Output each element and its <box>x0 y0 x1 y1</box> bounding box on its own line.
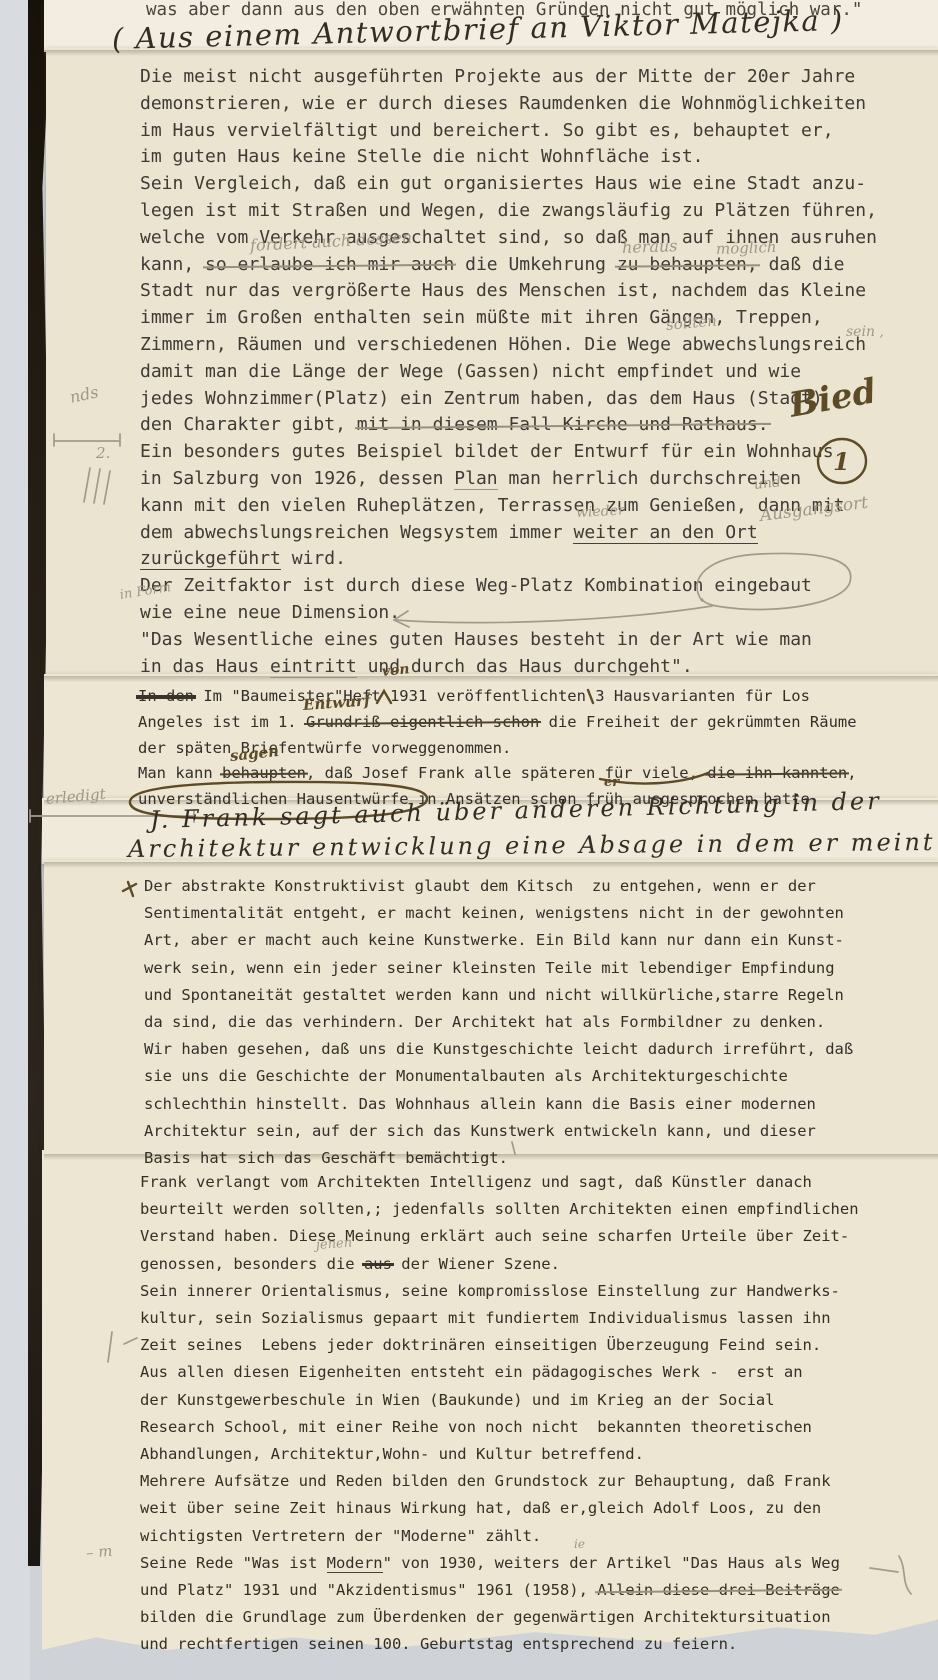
typed-text: jedes Wohnzimmer(Platz) ein Zentrum habe… <box>140 388 823 409</box>
typed-line: Zeit seines Lebens jeder doktrinären ein… <box>140 1336 821 1355</box>
paper-seam <box>44 862 938 868</box>
typed-text: der späten Briefentwürfe vorweggenommen. <box>138 739 511 757</box>
typed-text-struck: Allein diese drei Beiträge <box>597 1581 840 1599</box>
typed-text: Stadt nur das vergrößerte Haus des Mensc… <box>140 280 866 301</box>
typed-text-underlined: eintritt <box>270 656 357 678</box>
note-moeglich: möglich <box>716 238 777 258</box>
typed-line: In den Im "Baumeister"Heft 1931 veröffen… <box>138 687 810 706</box>
typed-line: Verstand haben. Diese Meinung erklärt au… <box>140 1227 849 1246</box>
typed-text: der Kunstgewerbeschule in Wien (Baukunde… <box>140 1391 775 1409</box>
note-und: und <box>753 474 782 493</box>
typed-text: Ein besonders gutes Beispiel bildet der … <box>140 441 834 462</box>
typed-text: Im "Baumeister"Heft 1931 veröffentlichte… <box>194 687 810 705</box>
typed-line: beurteilt werden sollten,; jedenfalls so… <box>140 1200 859 1219</box>
typed-text: Architektur sein, auf der sich das Kunst… <box>144 1122 816 1140</box>
typed-text: Sein Vergleich, daß ein gut organisierte… <box>140 173 866 194</box>
typed-text: Mehrere Aufsätze und Reden bilden den Gr… <box>140 1472 831 1490</box>
typed-line: Sein Vergleich, daß ein gut organisierte… <box>140 173 866 196</box>
typed-text-struck: In den <box>138 687 194 705</box>
typed-line: wichtigsten Vertretern der "Moderne" zäh… <box>140 1527 541 1546</box>
typed-line: der Kunstgewerbeschule in Wien (Baukunde… <box>140 1391 775 1410</box>
typed-line: Sentimentalität entgeht, er macht keinen… <box>144 904 844 923</box>
typed-text: im guten Haus keine Stelle die nicht Woh… <box>140 146 704 167</box>
typed-line: Abhandlungen, Architektur,Wohn- und Kult… <box>140 1445 644 1464</box>
typed-line: Architektur sein, auf der sich das Kunst… <box>144 1122 816 1141</box>
typed-line: Zimmern, Räumen und verschiedenen Höhen.… <box>140 334 866 357</box>
typed-text: und rechtfertigen seinen 100. Geburtstag… <box>140 1635 737 1653</box>
typed-line: im Haus vervielfältigt und bereichert. S… <box>140 120 834 143</box>
typed-line: weit über seine Zeit hinaus Wirkung hat,… <box>140 1499 821 1518</box>
typed-line: in das Haus eintritt und durch das Haus … <box>140 656 693 679</box>
typed-line: immer im Großen enthalten sein müßte mit… <box>140 307 823 330</box>
typed-text: Sein innerer Orientalismus, seine kompro… <box>140 1282 840 1300</box>
note-ie: ie <box>574 1537 585 1551</box>
typed-text: Research School, mit einer Reihe von noc… <box>140 1418 812 1436</box>
typed-line: damit man die Länge der Wege (Gassen) ni… <box>140 361 801 384</box>
typed-text: Abhandlungen, Architektur,Wohn- und Kult… <box>140 1445 644 1463</box>
note-circled-1: 1 <box>833 447 850 476</box>
typed-text: im Haus vervielfältigt und bereichert. S… <box>140 120 834 141</box>
typed-line: Research School, mit einer Reihe von noc… <box>140 1418 812 1437</box>
typed-text: in Salzburg von 1926, dessen <box>140 468 454 489</box>
typed-text: legen ist mit Straßen und Wegen, die zwa… <box>140 200 877 221</box>
typed-text: den Charakter gibt, <box>140 414 357 435</box>
typed-text: , daß Josef Frank alle späteren für viel… <box>306 764 707 782</box>
typed-text: bilden die Grundlage zum Überdenken der … <box>140 1608 831 1626</box>
typed-text-underlined: zurückgeführt <box>140 548 281 570</box>
typed-line: da sind, die das verhindern. Der Archite… <box>144 1013 825 1032</box>
typed-text: die Umkehrung <box>454 254 617 275</box>
typed-text: Verstand haben. Diese Meinung erklärt au… <box>140 1227 849 1245</box>
typed-text: wichtigsten Vertretern der "Moderne" zäh… <box>140 1527 541 1545</box>
typed-line: Frank verlangt vom Architekten Intellige… <box>140 1173 812 1192</box>
typed-line: Seine Rede "Was ist Modern" von 1930, we… <box>140 1554 840 1573</box>
note-sein: sein , <box>846 324 884 340</box>
typed-line: kann mit den vielen Ruheplätzen, Terrass… <box>140 495 844 518</box>
typed-text: werk sein, wenn ein jeder seiner kleinst… <box>144 959 835 977</box>
typed-text-struck: mit in diesem Fall Kirche und Rathaus. <box>357 414 769 435</box>
typed-text: Seine Rede "Was ist <box>140 1554 327 1572</box>
note-margin-2: 2. <box>96 444 110 462</box>
typed-line: bilden die Grundlage zum Überdenken der … <box>140 1608 831 1627</box>
typed-text: Der abstrakte Konstruktivist glaubt dem … <box>144 877 816 895</box>
typed-text: Basis hat sich das Geschäft bemächtigt. <box>144 1149 508 1167</box>
typed-text: immer im Großen enthalten sein müßte mit… <box>140 307 823 328</box>
typed-line: Der Zeitfaktor ist durch diese Weg-Platz… <box>140 575 812 598</box>
note-wieder: wieder <box>576 502 625 521</box>
typed-text-underlined: Modern <box>327 1554 383 1573</box>
typed-line: Der abstrakte Konstruktivist glaubt dem … <box>144 877 816 896</box>
typed-text: und Spontaneität gestaltet werden kann u… <box>144 986 844 1004</box>
typed-text: " von 1930, weiters der Artikel "Das Hau… <box>383 1554 840 1572</box>
typed-text: dem abwechslungsreichen Wegsystem immer <box>140 522 573 543</box>
typed-line: Basis hat sich das Geschäft bemächtigt. <box>144 1149 508 1168</box>
typed-line: im guten Haus keine Stelle die nicht Woh… <box>140 146 704 169</box>
typed-text: Man kann <box>138 764 222 782</box>
typed-line: Mehrere Aufsätze und Reden bilden den Gr… <box>140 1472 831 1491</box>
typed-line: Sein innerer Orientalismus, seine kompro… <box>140 1282 840 1301</box>
typed-text: beurteilt werden sollten,; jedenfalls so… <box>140 1200 859 1218</box>
typed-line: werk sein, wenn ein jeder seiner kleinst… <box>144 959 835 978</box>
typed-line: der späten Briefentwürfe vorweggenommen. <box>138 739 511 758</box>
typed-text: damit man die Länge der Wege (Gassen) ni… <box>140 361 801 382</box>
typed-text-underlined: Plan <box>454 468 497 490</box>
typed-text: weit über seine Zeit hinaus Wirkung hat,… <box>140 1499 821 1517</box>
typed-text-underlined: weiter an den Ort <box>573 522 757 544</box>
typed-line: und Spontaneität gestaltet werden kann u… <box>144 986 844 1005</box>
typed-text-struck: die ihn kannten <box>707 764 847 782</box>
typed-text: schlechthin hinstellt. Das Wohnhaus alle… <box>144 1095 816 1113</box>
typed-text-struck: Grundriß eigentlich schon <box>306 713 539 731</box>
note-heraus: heraus <box>622 236 678 257</box>
typed-text: kann mit den vielen Ruheplätzen, Terrass… <box>140 495 844 516</box>
typed-line: in Salzburg von 1926, dessen Plan man he… <box>140 468 801 491</box>
typed-text: daß die <box>758 254 845 275</box>
typed-line: Ein besonders gutes Beispiel bildet der … <box>140 441 834 464</box>
scanner-background <box>0 0 30 1680</box>
typed-text: und Platz" 1931 und "Akzidentismus" 1961… <box>140 1581 597 1599</box>
typed-line: demonstrieren, wie er durch dieses Raumd… <box>140 93 866 116</box>
typed-line: genossen, besonders die aus der Wiener S… <box>140 1255 560 1274</box>
typed-text: in das Haus <box>140 656 270 677</box>
typed-text: Die meist nicht ausgeführten Projekte au… <box>140 66 855 87</box>
typed-text: Der Zeitfaktor ist durch diese Weg-Platz… <box>140 575 812 596</box>
typed-line: zurückgeführt wird. <box>140 548 346 571</box>
typed-text: demonstrieren, wie er durch dieses Raumd… <box>140 93 866 114</box>
typed-text: wie eine neue Dimension. <box>140 602 400 623</box>
note-er: er <box>604 775 619 790</box>
typed-line: Aus allen diesen Eigenheiten entsteht ei… <box>140 1363 803 1382</box>
typed-line: dem abwechslungsreichen Wegsystem immer … <box>140 522 758 545</box>
typed-text: kann, <box>140 254 205 275</box>
typed-text: da sind, die das verhindern. Der Archite… <box>144 1013 825 1031</box>
typed-line: sie uns die Geschichte der Monumentalbau… <box>144 1067 788 1086</box>
typed-line: und Platz" 1931 und "Akzidentismus" 1961… <box>140 1581 840 1600</box>
typed-text: Angeles ist im 1. <box>138 713 306 731</box>
typed-text: "Das Wesentliche eines guten Hauses best… <box>140 629 812 650</box>
typed-line: und rechtfertigen seinen 100. Geburtstag… <box>140 1635 737 1654</box>
scanned-document-page: was aber dann aus den oben erwähnten Grü… <box>0 0 938 1680</box>
typed-line: Stadt nur das vergrößerte Haus des Mensc… <box>140 280 866 303</box>
typed-text: Frank verlangt vom Architekten Intellige… <box>140 1173 812 1191</box>
typed-text-struck: behaupten <box>222 764 306 782</box>
typed-text: die Freiheit der gekrümmten Räume <box>539 713 856 731</box>
typed-line: legen ist mit Straßen und Wegen, die zwa… <box>140 200 877 223</box>
typed-text: der Wiener Szene. <box>392 1255 560 1273</box>
typed-line: kultur, sein Sozialismus gepaart mit fun… <box>140 1309 831 1328</box>
typed-line: den Charakter gibt, mit in diesem Fall K… <box>140 414 769 437</box>
note-jenen: jenen <box>315 1235 352 1252</box>
typed-line: Wir haben gesehen, daß uns die Kunstgesc… <box>144 1040 853 1059</box>
typed-text: Aus allen diesen Eigenheiten entsteht ei… <box>140 1363 803 1381</box>
typed-text: Wir haben gesehen, daß uns die Kunstgesc… <box>144 1040 853 1058</box>
typed-line: Man kann behaupten, daß Josef Frank alle… <box>138 764 857 783</box>
typed-text: genossen, besonders die <box>140 1255 364 1273</box>
typed-line: wie eine neue Dimension. <box>140 602 400 625</box>
typed-line: "Das Wesentliche eines guten Hauses best… <box>140 629 812 652</box>
typed-text-struck: aus <box>364 1255 392 1273</box>
typed-text: Sentimentalität entgeht, er macht keinen… <box>144 904 844 922</box>
note-von: von <box>381 661 410 680</box>
typed-text: wird. <box>281 548 346 569</box>
note-margin-m: – m <box>85 1542 113 1562</box>
typed-text: Art, aber er macht auch keine Kunstwerke… <box>144 931 844 949</box>
typed-text: kultur, sein Sozialismus gepaart mit fun… <box>140 1309 831 1327</box>
typed-text: Zeit seines Lebens jeder doktrinären ein… <box>140 1336 821 1354</box>
typed-line: Die meist nicht ausgeführten Projekte au… <box>140 66 855 89</box>
typed-line: Angeles ist im 1. Grundriß eigentlich sc… <box>138 713 857 732</box>
typed-text: Zimmern, Räumen und verschiedenen Höhen.… <box>140 334 866 355</box>
typed-line: schlechthin hinstellt. Das Wohnhaus alle… <box>144 1095 816 1114</box>
typed-line: jedes Wohnzimmer(Platz) ein Zentrum habe… <box>140 388 823 411</box>
typed-text-struck: so erlaube ich mir auch <box>205 254 454 275</box>
typed-line: Art, aber er macht auch keine Kunstwerke… <box>144 931 844 950</box>
typed-text: sie uns die Geschichte der Monumentalbau… <box>144 1067 788 1085</box>
